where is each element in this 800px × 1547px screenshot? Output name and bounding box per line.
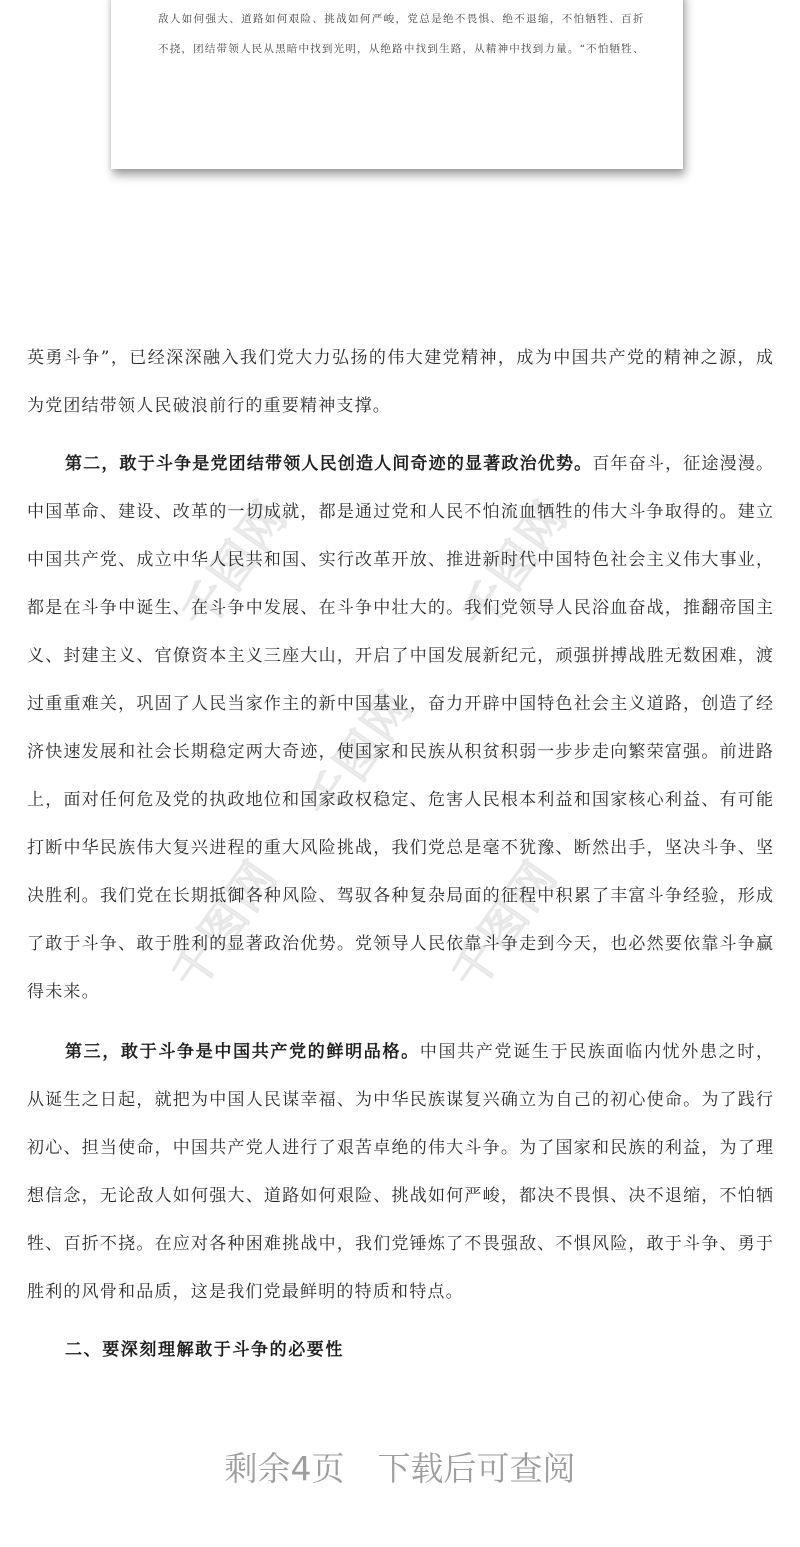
preview-text-line: 敌人如何强大、道路如何艰险、挑战如何严峻，党总是绝不畏惧、绝不退缩，不怕牺牲、百… bbox=[158, 12, 644, 26]
remaining-pages-download-prompt[interactable]: 剩余4页 下载后可查阅 bbox=[0, 1447, 800, 1491]
paragraph-line: 都是在斗争中诞生、在斗争中发展、在斗争中壮大的。我们党领导人民浴血奋战，推翻帝国… bbox=[27, 596, 773, 620]
paragraph-lead-line: 第三，敢于斗争是中国共产党的鲜明品格。中国共产党诞生于民族面临内忧外患之时， bbox=[65, 1040, 773, 1064]
paragraph-line: 了敢于斗争、敢于胜利的显著政治优势。党领导人民依靠斗争走到今天，也必然要依靠斗争… bbox=[27, 932, 773, 956]
paragraph-line: 想信念，无论敌人如何强大、道路如何艰险、挑战如何严峻，都决不畏惧、决不退缩，不怕… bbox=[27, 1184, 773, 1208]
preview-text-line: 不挠，团结带领人民从黑暗中找到光明，从绝路中找到生路，从精神中找到力量。“不怕牺… bbox=[158, 42, 644, 56]
paragraph-line: 从诞生之日起，就把为中国人民谋幸福、为中华民族谋复兴确立为自己的初心使命。为了践… bbox=[27, 1088, 773, 1112]
paragraph-bold-lead: 第三，敢于斗争是中国共产党的鲜明品格。 bbox=[65, 1042, 420, 1062]
paragraph-line: 决胜利。我们党在长期抵御各种风险、驾驭各种复杂局面的征程中积累了丰富斗争经验，形… bbox=[27, 884, 773, 908]
paragraph-line: 初心、担当使命，中国共产党人进行了艰苦卓绝的伟大斗争。为了国家和民族的利益，为了… bbox=[27, 1136, 773, 1160]
watermark-logo: 千图网 bbox=[434, 845, 571, 1001]
paragraph-bold-lead: 第二，敢于斗争是党团结带领人民创造人间奇迹的显著政治优势。 bbox=[65, 454, 592, 474]
paragraph-line: 得未来。 bbox=[27, 980, 773, 1004]
paragraph-lead-rest: 百年奋斗，征途漫漫。 bbox=[592, 454, 773, 474]
paragraph-line: 英勇斗争”，已经深深融入我们党大力弘扬的伟大建党精神，成为中国共产党的精神之源，… bbox=[27, 346, 773, 370]
paragraph-line: 义、封建主义、官僚资本主义三座大山，开启了中国发展新纪元，顽强拼搏战胜无数困难，… bbox=[27, 644, 773, 668]
watermark-logo: 千图网 bbox=[154, 845, 291, 1001]
paragraph-line: 打断中华民族伟大复兴进程的重大风险挑战，我们党总是毫不犹豫、断然出手，坚决斗争、… bbox=[27, 836, 773, 860]
paragraph-line: 中国革命、建设、改革的一切成就，都是通过党和人民不怕流血牺牲的伟大斗争取得的。建… bbox=[27, 500, 773, 524]
paragraph-line: 胜利的风骨和品质，这是我们党最鲜明的特质和特点。 bbox=[27, 1280, 773, 1304]
paragraph-line: 济快速发展和社会长期稳定两大奇迹，使国家和民族从积贫积弱一步步走向繁荣富强。前进… bbox=[27, 740, 773, 764]
paragraph-line: 过重重难关，巩固了人民当家作主的新中国基业，奋力开辟中国特色社会主义道路，创造了… bbox=[27, 692, 773, 716]
page-preview-card: 敌人如何强大、道路如何艰险、挑战如何严峻，党总是绝不畏惧、绝不退缩，不怕牺牲、百… bbox=[111, 0, 683, 169]
paragraph-line: 中国共产党、成立中华人民共和国、实行改革开放、推进新时代中国特色社会主义伟大事业… bbox=[27, 548, 773, 572]
paragraph-line: 上，面对任何危及党的执政地位和国家政权稳定、危害人民根本利益和国家核心利益、有可… bbox=[27, 788, 773, 812]
section-heading: 二、要深刻理解敢于斗争的必要性 bbox=[65, 1338, 344, 1362]
paragraph-lead-line: 第二，敢于斗争是党团结带领人民创造人间奇迹的显著政治优势。百年奋斗，征途漫漫。 bbox=[65, 452, 773, 476]
paragraph-line: 牲、百折不挠。在应对各种困难挑战中，我们党锤炼了不畏强敌、不惧风险，敢于斗争、勇… bbox=[27, 1232, 773, 1256]
paragraph-lead-rest: 中国共产党诞生于民族面临内忧外患之时， bbox=[420, 1042, 773, 1062]
paragraph-line: 为党团结带领人民破浪前行的重要精神支撑。 bbox=[27, 394, 773, 418]
